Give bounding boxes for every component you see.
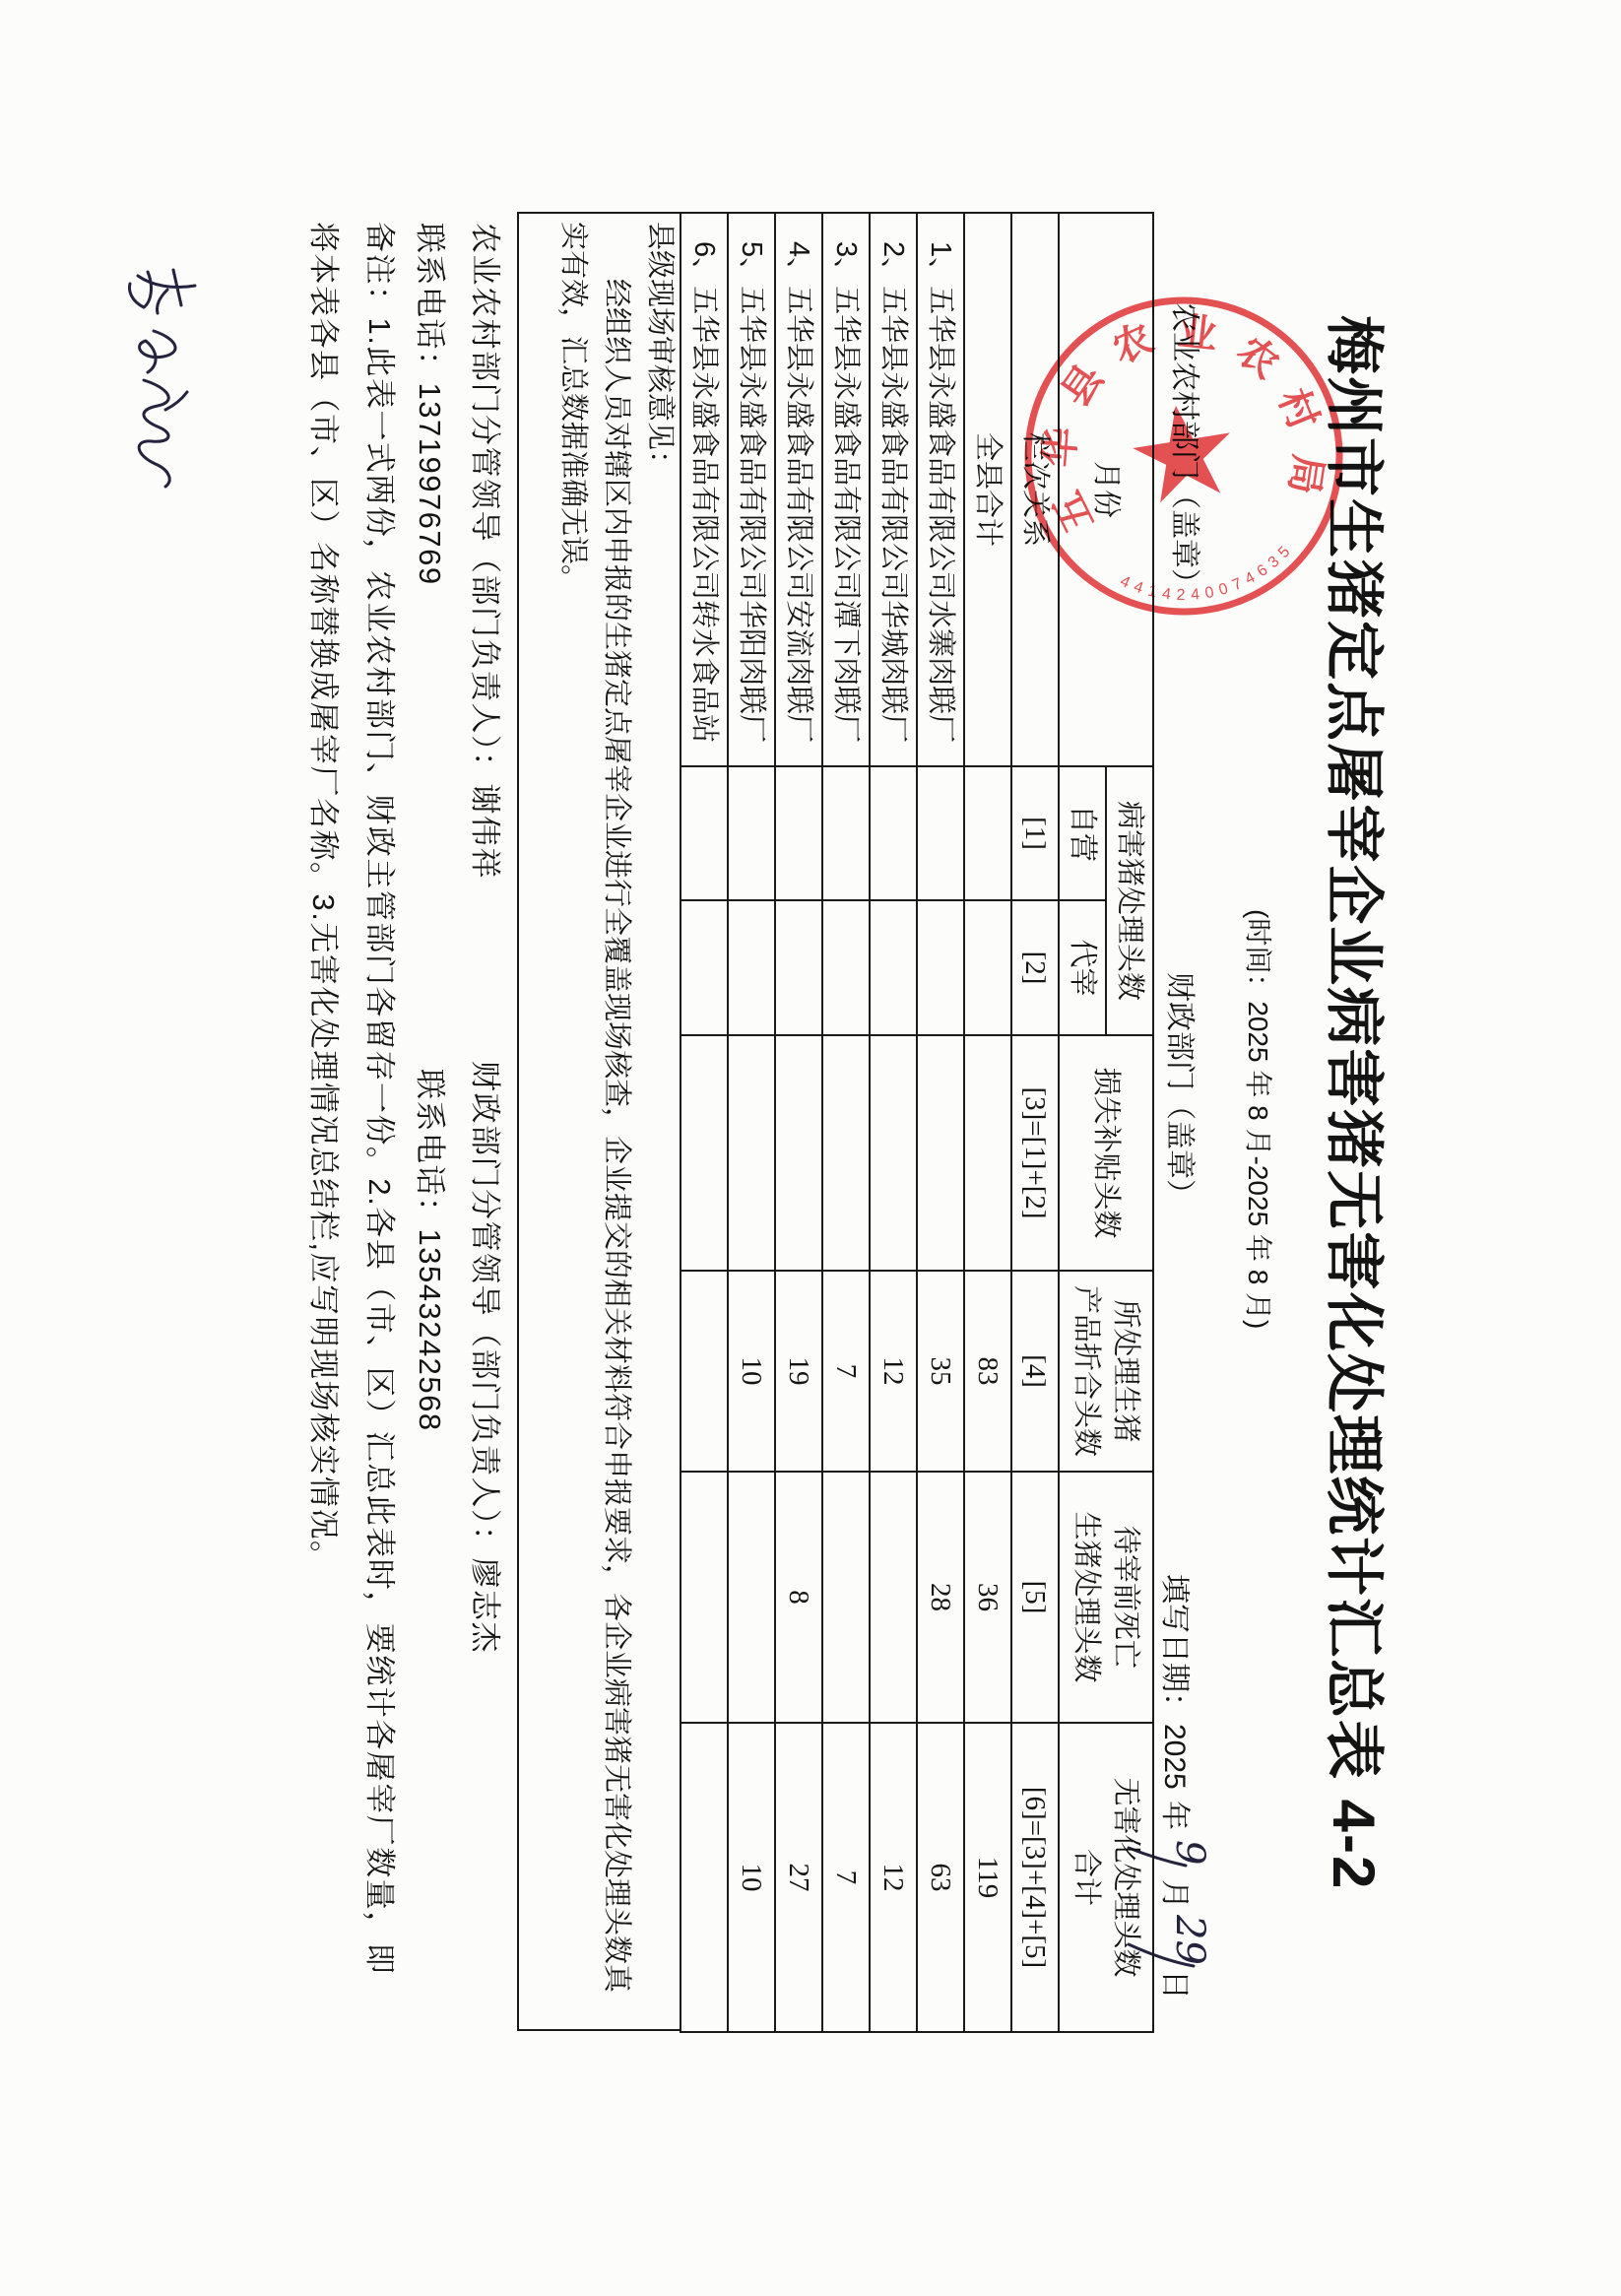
cell-value: [870, 900, 917, 1035]
cell-value: 119: [964, 1723, 1011, 2032]
row-number: 5、: [736, 241, 767, 286]
reporting-period: (时间：2025 年 8 月-2025 年 8 月): [1241, 909, 1274, 1329]
cell-value: [681, 1035, 728, 1271]
header-loss-subsidy: 损失补贴头数: [1059, 1035, 1153, 1271]
review-text-line: 经组织人员对辖区内申报的生猪定点屠宰企业进行全覆盖现场核查，企业提交的相关材料符…: [595, 222, 638, 2021]
cell-value: [728, 1035, 775, 1271]
cell-value: [964, 766, 1011, 900]
cell-value: [917, 1035, 964, 1271]
header-diseased-pig-count: 病害猪处理头数: [1106, 766, 1153, 1035]
index-col-5: [5]: [1011, 1472, 1059, 1723]
cell-value: [775, 1035, 822, 1271]
cell-value: 12: [870, 1723, 917, 2032]
agri-phone: 联系电话：13719976769: [412, 223, 447, 586]
header-line: 所处理生猪: [1106, 1272, 1145, 1471]
row-number: 3、: [830, 241, 862, 286]
cell-value: 27: [775, 1723, 822, 2032]
finance-dept-stamp-label: 财政部门（盖章）: [1161, 972, 1197, 1209]
index-col-1: [1]: [1011, 766, 1059, 900]
cell-value: [681, 900, 728, 1035]
cell-value: 19: [775, 1271, 822, 1472]
header-line: 无害化处理头数: [1106, 1724, 1145, 2031]
cell-value: 7: [822, 1271, 870, 1472]
row-name: 五华县永盛食品有限公司转水食品站: [688, 286, 720, 743]
cell-value: 10: [728, 1723, 775, 2032]
header-line: 合计: [1067, 1724, 1106, 2031]
cell-value: [681, 1723, 728, 2032]
fill-date-label: 填写日期：: [1156, 1574, 1192, 1722]
header-processed-products: 所处理生猪 产品折合头数: [1059, 1271, 1153, 1472]
row-number: 6、: [688, 241, 720, 286]
index-col-2: [2]: [1011, 900, 1059, 1035]
enterprise-name: 3、五华县永盛食品有限公司潭下肉联厂: [822, 213, 870, 766]
notes-line: 将本表各县（市、区）名称替换成屠宰厂名称。3.无害化处理情况总结栏,应写明现场核…: [305, 222, 341, 1572]
fill-date-year: 2025: [1156, 1724, 1192, 1790]
cell-value: [917, 900, 964, 1035]
cell-value: 63: [917, 1723, 964, 2032]
agri-leader: 农业农村部门分管领导（部门负责人）：谢伟祥: [467, 223, 502, 880]
cell-value: [822, 766, 870, 900]
cell-value: 7: [822, 1723, 870, 2032]
row-name: 五华县永盛食品有限公司水寨肉联厂: [925, 286, 956, 743]
notes-line: 备注：1.此表一式两份，农业农村部门、财政主管部门各留存一份。2.各县（市、区）…: [361, 222, 397, 1975]
cell-value: [681, 1271, 728, 1472]
header-harmless-total: 无害化处理头数 合计: [1059, 1723, 1153, 2032]
table-row: 4、五华县永盛食品有限公司安流肉联厂 19 8 27: [775, 213, 822, 2032]
enterprise-name: 2、五华县永盛食品有限公司华城肉联厂: [870, 213, 917, 766]
cell-value: [917, 766, 964, 900]
finance-leader: 财政部门分管领导（部门负责人）：廖志杰: [467, 1061, 502, 1654]
header-line: 生猪处理头数: [1067, 1473, 1106, 1722]
enterprise-name: 4、五华县永盛食品有限公司安流肉联厂: [775, 213, 822, 766]
cell-value: [822, 1472, 870, 1723]
cell-value: [728, 766, 775, 900]
cell-value: [775, 900, 822, 1035]
cell-value: [964, 900, 1011, 1035]
cell-value: 36: [964, 1472, 1011, 1723]
cell-value: 35: [917, 1271, 964, 1472]
header-self-operated: 自营: [1059, 766, 1106, 900]
official-seal: 五华县农业农村局 4414240074635: [992, 264, 1375, 647]
index-col-6: [6]=[3]+[4]+[5]: [1011, 1723, 1059, 2032]
row-number: 4、: [783, 241, 814, 286]
review-label: 县级现场审核意见：: [638, 222, 681, 2021]
cell-value: [728, 900, 775, 1035]
row-number: 2、: [877, 241, 909, 286]
cell-value: [870, 1035, 917, 1271]
cell-value: [775, 766, 822, 900]
county-total-label: 全县合计: [964, 213, 1011, 766]
enterprise-name: 1、五华县永盛食品有限公司水寨肉联厂: [917, 213, 964, 766]
table-row: 5、五华县永盛食品有限公司华阳肉联厂 10 10: [728, 213, 775, 2032]
handwritten-signature-icon: [120, 262, 203, 491]
cell-value: [822, 900, 870, 1035]
header-pre-slaughter-dead: 待宰前死亡 生猪处理头数: [1059, 1472, 1153, 1723]
cell-value: [822, 1035, 870, 1271]
review-text-line: 实有效，汇总数据准确无误。: [551, 222, 595, 2021]
cell-value: 12: [870, 1271, 917, 1472]
header-contract-slaughter: 代宰: [1059, 900, 1106, 1035]
row-name: 五华县永盛食品有限公司安流肉联厂: [783, 286, 814, 743]
header-line: 待宰前死亡: [1106, 1473, 1145, 1722]
cell-value: [681, 1472, 728, 1723]
cell-value: 83: [964, 1271, 1011, 1472]
table-row: 6、五华县永盛食品有限公司转水食品站: [681, 213, 728, 2032]
cell-value: [728, 1472, 775, 1723]
row-name: 五华县永盛食品有限公司华城肉联厂: [877, 286, 909, 743]
finance-phone: 联系电话：13543242568: [412, 1069, 447, 1432]
header-line: 产品折合头数: [1067, 1272, 1106, 1471]
scanned-form-page: 梅州市生猪定点屠宰企业病害猪无害化处理统计汇总表 4-2 (时间：2025 年 …: [0, 0, 1621, 2296]
cell-value: [964, 1035, 1011, 1271]
index-col-3: [3]=[1]+[2]: [1011, 1035, 1059, 1271]
enterprise-name: 6、五华县永盛食品有限公司转水食品站: [681, 213, 728, 766]
table-row: 1、五华县永盛食品有限公司水寨肉联厂 35 28 63: [917, 213, 964, 2032]
star-icon: [1127, 398, 1239, 505]
cell-value: [870, 766, 917, 900]
cell-value: 28: [917, 1472, 964, 1723]
cell-value: 10: [728, 1271, 775, 1472]
cell-value: [870, 1472, 917, 1723]
cell-value: [681, 766, 728, 900]
index-col-4: [4]: [1011, 1271, 1059, 1472]
county-review-box: 县级现场审核意见： 经组织人员对辖区内申报的生猪定点屠宰企业进行全覆盖现场核查，…: [517, 212, 681, 2031]
enterprise-name: 5、五华县永盛食品有限公司华阳肉联厂: [728, 213, 775, 766]
row-name: 五华县永盛食品有限公司华阳肉联厂: [736, 286, 767, 743]
row-name: 五华县永盛食品有限公司潭下肉联厂: [830, 286, 862, 743]
table-row: 2、五华县永盛食品有限公司华城肉联厂 12 12: [870, 213, 917, 2032]
row-number: 1、: [925, 241, 956, 286]
cell-value: 8: [775, 1472, 822, 1723]
county-total-row: 全县合计 83 36 119: [964, 213, 1011, 2032]
table-row: 3、五华县永盛食品有限公司潭下肉联厂 7 7: [822, 213, 870, 2032]
